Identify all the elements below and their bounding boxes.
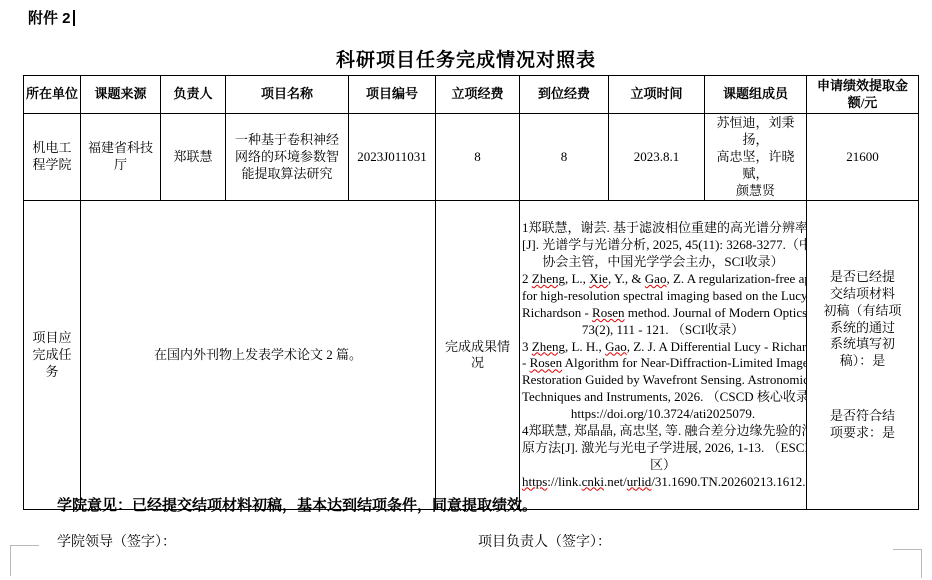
cell-project-name: 一种基于卷积神经 网络的环境参数智 能提取算法研究 (226, 114, 349, 201)
cell-leader: 郑联慧 (161, 114, 226, 201)
cell-task-content: 在国内外刊物上发表学术论文 2 篇。 (81, 201, 436, 510)
publication-line: 原方法[J]. 激光与光电子学进展, 2026, 1-13. （ESCI 收录,… (522, 440, 804, 457)
publications-list: 1郑联慧，谢芸. 基于滤波相位重建的高光谱分辨率图像复原方法[J]. 光谱学与光… (520, 201, 807, 510)
text-cursor-caret (73, 10, 75, 26)
cell-received-fund: 8 (520, 114, 609, 201)
publication-line: Techniques and Instruments, 2026. （CSCD … (522, 389, 804, 406)
cell-unit: 机电工 程学院 (24, 114, 81, 201)
conclusion-gap (809, 370, 916, 408)
cell-approved-fund: 8 (436, 114, 520, 201)
cell-project-no: 2023J011031 (349, 114, 436, 201)
publication-line: [J]. 光谱学与光谱分析, 2025, 45(11): 3268-3277.（… (522, 237, 804, 254)
attachment-label: 附件 2 (28, 7, 75, 28)
cell-performance-amount: 21600 (807, 114, 919, 201)
publication-line: 1郑联慧，谢芸. 基于滤波相位重建的高光谱分辨率图像复原方法 (522, 220, 804, 237)
header-source: 课题来源 (81, 76, 161, 114)
misspelled-word: Xie (589, 271, 608, 286)
header-start-date: 立项时间 (609, 76, 705, 114)
header-approved-fund: 立项经费 (436, 76, 520, 114)
completion-table: 所在单位 课题来源 负责人 项目名称 项目编号 立项经费 到位经费 立项时间 课… (23, 75, 919, 510)
page-title: 科研项目任务完成情况对照表 (0, 45, 932, 72)
header-row: 所在单位 课题来源 负责人 项目名称 项目编号 立项经费 到位经费 立项时间 课… (24, 76, 919, 114)
header-received-fund: 到位经费 (520, 76, 609, 114)
cell-result-label: 完成成果情 况 (436, 201, 520, 510)
header-project-name: 项目名称 (226, 76, 349, 114)
header-members: 课题组成员 (705, 76, 807, 114)
misspelled-word: Rosen (592, 305, 625, 320)
publication-line: - Rosen Algorithm for Near-Diffraction-L… (522, 355, 804, 372)
text-boundary-corner-right (893, 549, 922, 578)
cell-conclusion: 是否已经提 交结项材料 初稿（有结项 系统的通过 系统填写初 稿）：是 是否符合… (807, 201, 919, 510)
publication-line: 2 Zheng, L., Xie, Y., & Gao, Z. A regula… (522, 271, 804, 288)
publication-line: 3 Zheng, L. H., Gao, Z. J. A Differentia… (522, 339, 804, 356)
signature-college-leader: 学院领导（签字）： (57, 531, 176, 551)
misspelled-word: cnki (582, 474, 604, 489)
cell-source: 福建省科技 厅 (81, 114, 161, 201)
conclusion-draft-submitted: 是否已经提 交结项材料 初稿（有结项 系统的通过 系统填写初 稿）：是 (809, 269, 916, 370)
text-boundary-corner-left (10, 545, 39, 576)
misspelled-word: Gao (605, 339, 627, 354)
publication-line: 区） (522, 457, 804, 474)
misspelled-word: urlid (627, 474, 652, 489)
misspelled-word: Zheng (532, 271, 565, 286)
publication-line: 73(2), 111 - 121. （SCI收录） (522, 322, 804, 339)
publication-line: 协会主管，中国光学学会主办，SCI收录） (522, 254, 804, 271)
attachment-label-text: 附件 2 (28, 10, 71, 27)
misspelled-word: https (522, 474, 547, 489)
publication-line: Richardson - Rosen method. Journal of Mo… (522, 305, 804, 322)
misspelled-word: Rosen (530, 355, 563, 370)
header-unit: 所在单位 (24, 76, 81, 114)
header-leader: 负责人 (161, 76, 226, 114)
conclusion-meets-requirements: 是否符合结 项要求：是 (809, 408, 916, 442)
cell-start-date: 2023.8.1 (609, 114, 705, 201)
misspelled-word: Zheng (532, 339, 565, 354)
cell-task-label: 项目应 完成任 务 (24, 201, 81, 510)
misspelled-word: Gao (645, 271, 667, 286)
project-info-row: 机电工 程学院 福建省科技 厅 郑联慧 一种基于卷积神经 网络的环境参数智 能提… (24, 114, 919, 201)
publication-line: Restoration Guided by Wavefront Sensing.… (522, 372, 804, 389)
cell-members: 苏恒迪，刘秉扬， 高忠坚，许晓赋， 颜慧贤 (705, 114, 807, 201)
signature-project-leader: 项目负责人（签字）： (478, 531, 611, 551)
publication-line: 4郑联慧, 郑晶晶, 高忠坚, 等. 融合差分边缘先验的湍流图像非盲复 (522, 423, 804, 440)
publication-line: https://doi.org/10.3724/ati2025079. (522, 406, 804, 423)
publication-line: for high-resolution spectral imaging bas… (522, 288, 804, 305)
header-project-no: 项目编号 (349, 76, 436, 114)
header-performance-amount: 申请绩效提取金额/元 (807, 76, 919, 114)
publication-line: https://link.cnki.net/urlid/31.1690.TN.2… (522, 474, 804, 491)
task-completion-row: 项目应 完成任 务 在国内外刊物上发表学术论文 2 篇。 完成成果情 况 1郑联… (24, 201, 919, 510)
college-opinion: 学院意见：已经提交结项材料初稿，基本达到结项条件，同意提取绩效。 (57, 494, 537, 515)
